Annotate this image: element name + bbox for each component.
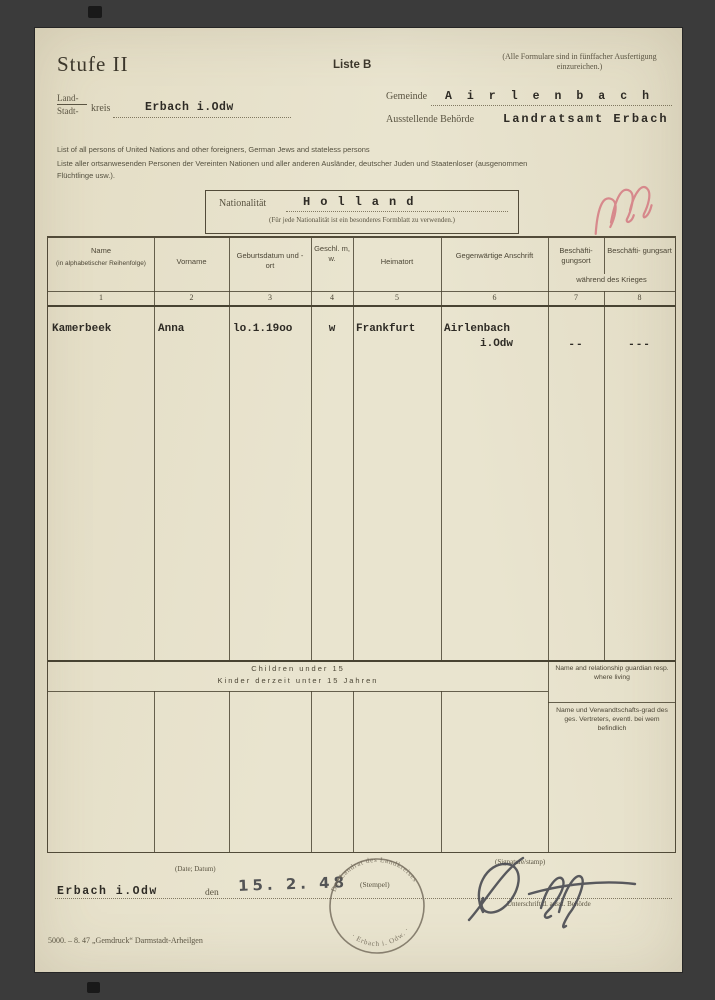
list-title: Liste B [333, 59, 371, 71]
behoerde-label: Ausstellende Behörde [386, 114, 474, 125]
kreis-fraction: Land- Stadt- [57, 93, 93, 116]
stamp-text-top: Der Landrat des Landkreises [326, 851, 420, 894]
col-header-beschaeftigungsort: Beschäfti- gungsort [550, 246, 602, 266]
kreis-value: Erbach i.Odw [145, 101, 234, 114]
form-grade-title: Stufe II [57, 52, 129, 77]
column-line-lower [441, 691, 442, 852]
col-header-vorname: Vorname [154, 257, 229, 267]
nationality-note: (Für jede Nationalität ist ein besondere… [206, 216, 518, 224]
children-title-de: Kinder derzeit unter 15 Jahren [48, 676, 548, 686]
office-round-stamp: Der Landrat des Landkreises · Erbach i. … [308, 837, 446, 975]
copies-note: (Alle Formulare sind in fünffacher Ausfe… [487, 52, 672, 73]
den-label: den [205, 888, 219, 898]
col-num-6: 6 [441, 293, 548, 302]
column-line [548, 238, 549, 660]
kreis-top-label: Land- [57, 93, 93, 103]
gemeinde-label: Gemeinde [386, 91, 427, 102]
col-header-heimatort: Heimatort [353, 257, 441, 267]
intro-english: List of all persons of United Nations an… [57, 145, 370, 154]
column-line [311, 238, 312, 660]
intro-german-line1: Liste aller ortsanwesenden Personen der … [57, 159, 527, 168]
persons-table: Name (in alphabetischer Reihenfolge) Vor… [47, 236, 676, 853]
row-geburtsdatum: lo.1.19oo [233, 323, 292, 335]
guardian-text-en: Name and relationship guardian resp. whe… [553, 665, 671, 683]
children-title-en: Children under 15 [48, 664, 548, 674]
column-line-7-8-header [604, 238, 605, 274]
col-header-beschaeftigungsart: Beschäfti- gungsart [606, 246, 673, 256]
column-line-lower [229, 691, 230, 852]
col-header-geschl: Geschl. m, w. [311, 244, 353, 264]
col-num-4: 4 [311, 293, 353, 302]
nationality-label: Nationalität [219, 198, 266, 209]
column-line-lower [154, 691, 155, 852]
numbers-underline [48, 305, 675, 307]
row-heimatort: Frankfurt [356, 323, 415, 335]
photo-corner-mark-bottom [87, 982, 100, 993]
svg-text:· Erbach i. Odw. ·: · Erbach i. Odw. · [349, 925, 413, 952]
column-line [441, 238, 442, 660]
nationality-value: Holland [303, 195, 423, 209]
guardian-text-de: Name und Verwandtschafts-grad des ges. V… [553, 707, 671, 733]
column-line [229, 238, 230, 660]
col-header-name-sub: (in alphabetischer Reihenfolge) [52, 260, 150, 268]
col-header-waehrend-des-krieges: während des Krieges [548, 275, 675, 285]
col-num-8: 8 [604, 293, 675, 302]
row-anschrift-line2: i.Odw [480, 338, 513, 350]
date-label: (Date; Datum) [175, 865, 216, 873]
children-title-underline [48, 691, 548, 692]
row-name: Kamerbeek [52, 323, 111, 335]
intro-german-line2: Flüchtlinge usw.). [57, 171, 115, 180]
col-num-2: 2 [154, 293, 229, 302]
kreis-bottom-label: Stadt- [57, 106, 93, 116]
nationality-box: Nationalität Holland (Für jede Nationali… [205, 190, 519, 234]
place-value: Erbach i.Odw [57, 885, 158, 898]
col-num-1: 1 [48, 293, 154, 302]
photo-corner-mark-top [88, 6, 102, 18]
row-beschaeftigungsart: --- [604, 339, 675, 351]
kreis-suffix-label: kreis [91, 103, 110, 114]
column-line [353, 238, 354, 660]
print-note: 5000. – 8. 47 „Gemdruck“ Darmstadt-Arhei… [48, 936, 203, 945]
col-header-anschrift: Gegenwärtige Anschrift [445, 251, 544, 261]
col-num-5: 5 [353, 293, 441, 302]
guardian-column-line [548, 660, 549, 852]
form-paper: Stufe II Liste B (Alle Formulare sind in… [35, 28, 682, 972]
gemeinde-value: Airlenbach [445, 90, 664, 103]
svg-text:Der Landrat des Landkreises: Der Landrat des Landkreises [326, 851, 420, 894]
col-header-geburtsdatum: Geburtsdatum und -ort [233, 251, 307, 271]
handwritten-signature [463, 850, 643, 935]
row-vorname: Anna [158, 323, 184, 335]
column-line-lower [353, 691, 354, 852]
row-beschaeftigungsort: -- [548, 339, 604, 351]
children-section-topline [48, 660, 675, 662]
col-header-name: Name [48, 246, 154, 256]
guardian-divider [548, 702, 675, 703]
stamp-text-bottom: · Erbach i. Odw. · [349, 925, 413, 952]
column-line-lower [311, 691, 312, 852]
column-line [154, 238, 155, 660]
scanned-document: Stufe II Liste B (Alle Formulare sind in… [0, 0, 715, 1000]
col-num-3: 3 [229, 293, 311, 302]
row-anschrift-line1: Airlenbach [444, 323, 510, 335]
col-num-7: 7 [548, 293, 604, 302]
row-geschl: w [311, 323, 353, 335]
kreis-fraction-rule [57, 104, 87, 105]
behoerde-value: Landratsamt Erbach [503, 112, 669, 126]
